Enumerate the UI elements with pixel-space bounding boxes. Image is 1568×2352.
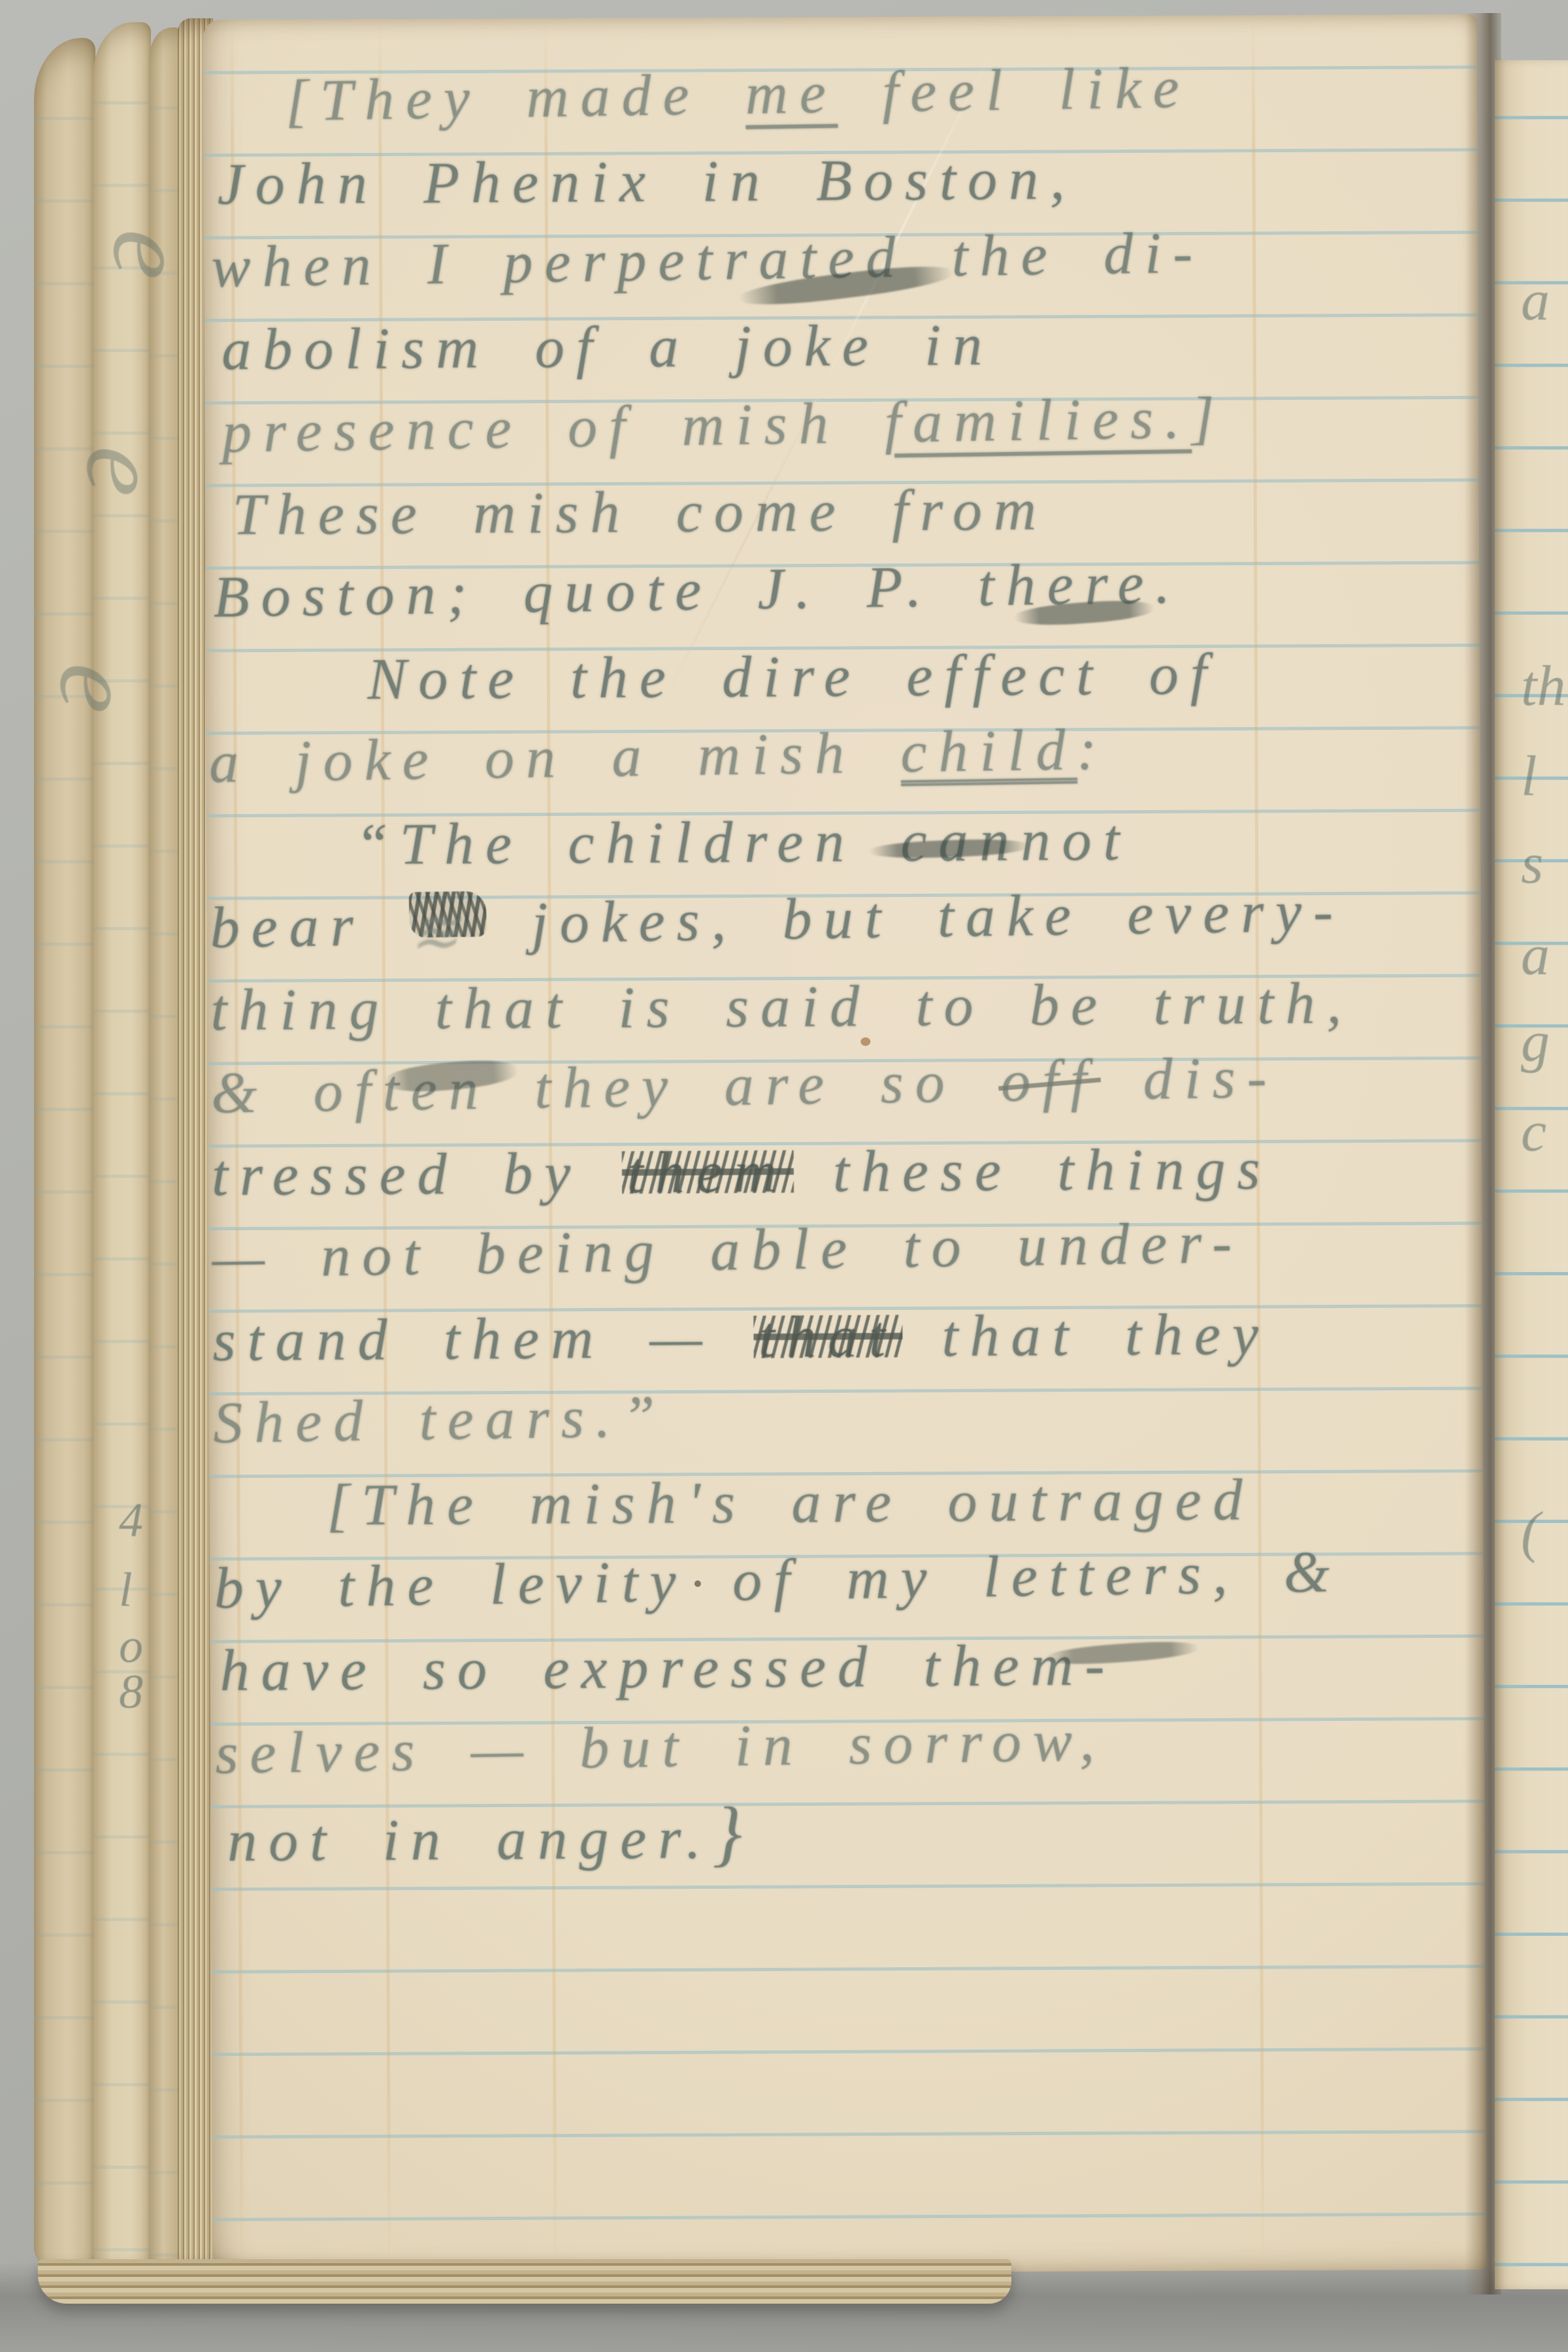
handwriting-text: abolism of a joke in [221, 313, 994, 382]
handwriting-text: These mish come from [232, 478, 1048, 547]
handwriting-text: presence of mish [221, 390, 885, 465]
handwriting-text: when I perpetrated the di- [211, 220, 1205, 300]
facing-page-sliver: athlsagc( [1495, 60, 1568, 2289]
handwriting-text: not in anger. [227, 1806, 713, 1874]
handwriting-br-text: } [712, 1793, 754, 1874]
handwriting-line-22: not in anger.} [216, 1788, 1492, 1878]
handwriting-u-text: families. [884, 385, 1192, 455]
handwriting-text: John Phenix in Boston, [217, 147, 1076, 217]
handwriting-text: : [1077, 717, 1109, 783]
handwriting-x-text: off [1000, 1048, 1098, 1114]
handwriting-text: feel like [837, 56, 1191, 125]
handwriting-block: [They made me feel likeJohn Phenix in Bo… [205, 54, 1492, 1878]
handwriting-text: by the levity of my letters, & [214, 1539, 1341, 1621]
handwriting-text: jokes, but take every- [486, 879, 1345, 956]
handwriting-text: dis- [1098, 1045, 1279, 1112]
handwriting-text: bear [210, 892, 410, 960]
handwriting-text: ] [1191, 385, 1226, 450]
handwriting-text: selves — but in sorrow, [215, 1708, 1107, 1786]
handwriting-fragment: ( [1521, 1499, 1540, 1565]
handwriting-xx-text: that [759, 1304, 898, 1369]
handwriting-fragment: a [1521, 923, 1550, 988]
handwriting-text: stand them — [212, 1305, 759, 1373]
handwriting-text: have so expressed them- [220, 1633, 1116, 1703]
handwriting-text: that they [897, 1302, 1271, 1369]
handwriting-fragment: l [1521, 743, 1537, 809]
pencil-edge-mark: 8 [119, 1665, 143, 1720]
handwriting-fragment: th [1521, 653, 1565, 719]
handwriting-fragment: c [1521, 1099, 1546, 1165]
handwriting-xx-text: them [627, 1140, 789, 1206]
pencil-edge-mark: l [119, 1563, 133, 1618]
handwriting-text: Note the dire effect of [367, 642, 1218, 711]
pencil-edge-mark: 4 [119, 1493, 143, 1548]
handwriting-text: Shed tears.” [213, 1384, 667, 1456]
handwriting-fragment: s [1521, 831, 1543, 897]
handwriting-text: a joke on a mish [208, 720, 901, 795]
handwriting-uu-text: child [900, 717, 1077, 785]
handwriting-fragment: g [1521, 1009, 1550, 1075]
handwriting-text: tressed by [212, 1141, 627, 1208]
handwriting-line-15: — not being able to under- [212, 1198, 1488, 1299]
handwriting-text: [They made [285, 62, 745, 133]
handwriting-fragment: a [1521, 268, 1550, 334]
handwriting-text: — not being able to under- [212, 1211, 1244, 1290]
handwriting-text: & often they are so [210, 1049, 1001, 1126]
handwriting-blot-text: ≋ [409, 891, 487, 938]
handwriting-text: [The mish's are outraged [327, 1467, 1254, 1538]
handwriting-text: thing that is said to be truth, [210, 972, 1353, 1043]
handwriting-text: these things [788, 1137, 1272, 1205]
page-bottom-edges [38, 2259, 1011, 2304]
photo-background: e e e 4lo8 [They made me feel likeJohn P… [0, 0, 1568, 2352]
handwriting-u-text: me [745, 61, 838, 127]
handwriting-line-7: Boston; quote J. P. there. [208, 538, 1484, 639]
